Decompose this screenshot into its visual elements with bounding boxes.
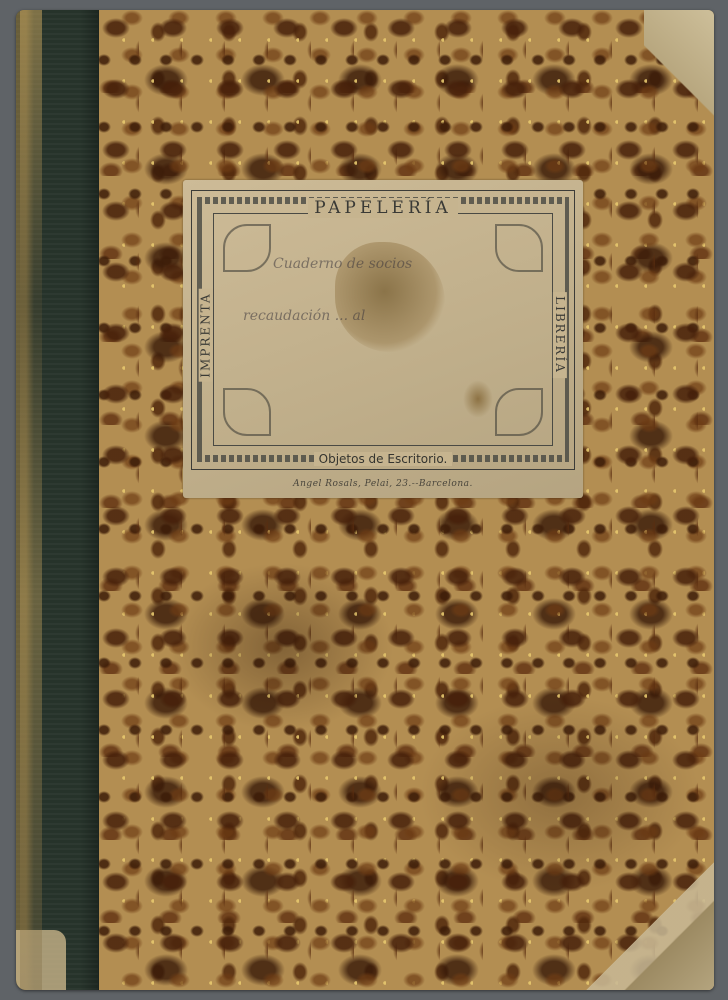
- handwriting-line-1: Cuaderno de socios: [273, 256, 412, 272]
- label-top-title: PAPELERÍA: [183, 198, 583, 218]
- corner-ornament-icon: [223, 224, 271, 272]
- handwriting-line-2: recaudación ... al: [243, 308, 365, 324]
- label-imprint: Angel Rosals, Pelai, 23.--Barcelona.: [183, 479, 583, 489]
- corner-ornament-icon: [495, 388, 543, 436]
- ledger-book: [16, 10, 714, 990]
- label-bottom-title: Objetos de Escritorio.: [183, 452, 583, 466]
- label-right-side: LIBRERÍA: [550, 240, 570, 430]
- label-left-side: IMPRENTA: [196, 240, 216, 430]
- corner-ornament-icon: [495, 224, 543, 272]
- worn-top-right-corner: [644, 10, 714, 130]
- corner-ornament-icon: [223, 388, 271, 436]
- stationer-label: PAPELERÍA IMPRENTA LIBRERÍA Cuaderno de …: [183, 180, 583, 498]
- worn-bottom-right-corner: [594, 890, 714, 990]
- leather-spine: [16, 10, 99, 990]
- marbled-front-board: [96, 10, 714, 990]
